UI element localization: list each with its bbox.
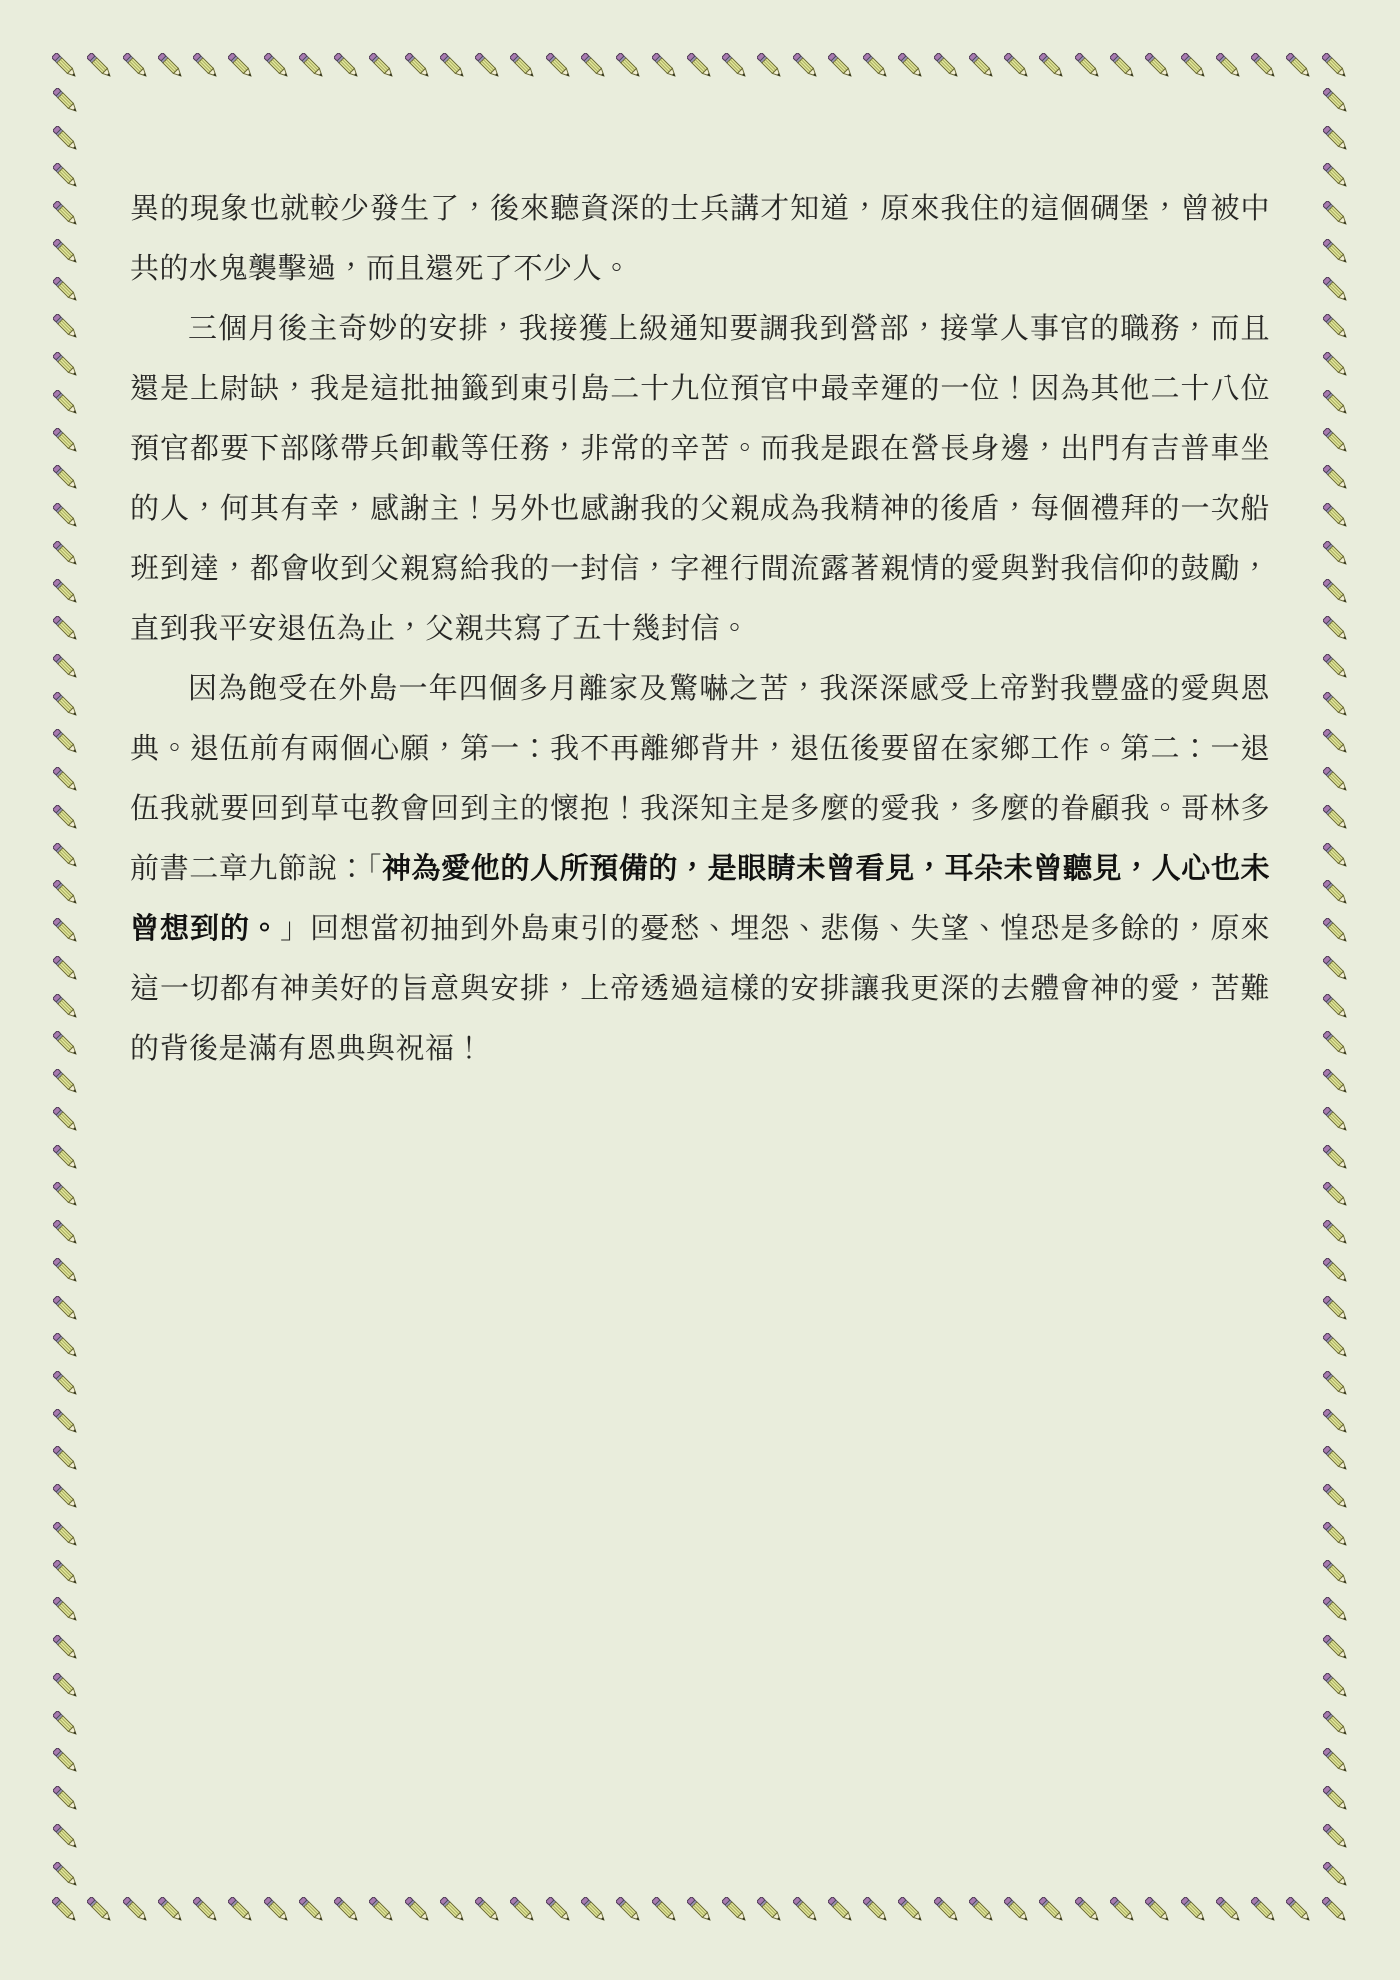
pencil-icon bbox=[53, 1069, 79, 1095]
pencil-icon bbox=[1323, 994, 1349, 1020]
pencil-icon bbox=[53, 1258, 79, 1284]
pencil-icon bbox=[53, 1862, 79, 1888]
pencil-icon bbox=[1323, 1069, 1349, 1095]
pencil-icon bbox=[475, 53, 501, 79]
pencil-icon bbox=[1323, 729, 1349, 755]
document-page: 異的現象也就較少發生了，後來聽資深的士兵講才知道，原來我住的這個碉堡，曾被中共的… bbox=[0, 0, 1400, 1980]
pencil-icon bbox=[53, 163, 79, 189]
pencil-icon bbox=[546, 53, 572, 79]
pencil-icon bbox=[1251, 53, 1277, 79]
pencil-icon bbox=[193, 1897, 219, 1923]
pencil-icon bbox=[53, 956, 79, 982]
pencil-icon bbox=[228, 53, 254, 79]
pencil-icon bbox=[53, 1522, 79, 1548]
paragraph: 因為飽受在外島一年四個多月離家及驚嚇之苦，我深深感受上帝對我豐盛的愛與恩典。退伍… bbox=[130, 658, 1270, 1078]
pencil-icon bbox=[1323, 1220, 1349, 1246]
pencil-icon bbox=[53, 1786, 79, 1812]
pencil-icon bbox=[53, 314, 79, 340]
pencil-icon bbox=[53, 352, 79, 378]
pencil-icon bbox=[1323, 616, 1349, 642]
pencil-icon bbox=[53, 126, 79, 152]
pencil-icon bbox=[87, 53, 113, 79]
pencil-icon bbox=[1323, 1786, 1349, 1812]
pencil-icon bbox=[1039, 1897, 1065, 1923]
pencil-icon bbox=[53, 1333, 79, 1359]
pencil-icon bbox=[969, 1897, 995, 1923]
pencil-icon bbox=[863, 1897, 889, 1923]
pencil-icon bbox=[299, 1897, 325, 1923]
pencil-icon bbox=[581, 53, 607, 79]
pencil-icon bbox=[1323, 1409, 1349, 1435]
document-body: 異的現象也就較少發生了，後來聽資深的士兵講才知道，原來我住的這個碉堡，曾被中共的… bbox=[130, 178, 1270, 1078]
pencil-icon bbox=[1251, 1897, 1277, 1923]
pencil-icon bbox=[1323, 1862, 1349, 1888]
pencil-icon bbox=[616, 1897, 642, 1923]
pencil-icon bbox=[1145, 53, 1171, 79]
pencil-icon bbox=[53, 1673, 79, 1699]
pencil-icon bbox=[53, 1031, 79, 1057]
pencil-icon bbox=[53, 1748, 79, 1774]
pencil-icon bbox=[510, 1897, 536, 1923]
pencil-icon bbox=[1323, 1522, 1349, 1548]
pencil-icon bbox=[898, 1897, 924, 1923]
pencil-icon bbox=[1323, 1446, 1349, 1472]
pencil-icon bbox=[793, 53, 819, 79]
pencil-icon bbox=[1323, 956, 1349, 982]
pencil-icon bbox=[1323, 201, 1349, 227]
pencil-icon bbox=[863, 53, 889, 79]
pencil-icon bbox=[87, 1897, 113, 1923]
pencil-icon bbox=[687, 53, 713, 79]
pencil-icon bbox=[1075, 1897, 1101, 1923]
pencil-icon bbox=[1323, 163, 1349, 189]
pencil-icon bbox=[1323, 390, 1349, 416]
pencil-icon bbox=[1323, 1371, 1349, 1397]
pencil-icon bbox=[1323, 352, 1349, 378]
pencil-icon bbox=[264, 1897, 290, 1923]
pencil-icon bbox=[53, 201, 79, 227]
pencil-icon bbox=[53, 994, 79, 1020]
pencil-icon bbox=[757, 1897, 783, 1923]
pencil-icon bbox=[53, 1446, 79, 1472]
pencil-icon bbox=[1323, 1258, 1349, 1284]
pencil-icon bbox=[1323, 579, 1349, 605]
pencil-icon bbox=[1323, 239, 1349, 265]
pencil-icon bbox=[546, 1897, 572, 1923]
pencil-icon bbox=[53, 503, 79, 529]
pencil-icon bbox=[53, 428, 79, 454]
pencil-icon bbox=[264, 53, 290, 79]
pencil-icon bbox=[1323, 654, 1349, 680]
pencil-icon bbox=[193, 53, 219, 79]
pencil-icon bbox=[969, 53, 995, 79]
pencil-icon bbox=[1323, 767, 1349, 793]
pencil-icon bbox=[510, 53, 536, 79]
pencil-icon bbox=[722, 53, 748, 79]
pencil-icon bbox=[934, 53, 960, 79]
pencil-icon bbox=[53, 277, 79, 303]
pencil-icon bbox=[828, 53, 854, 79]
pencil-icon bbox=[123, 53, 149, 79]
pencil-border-top bbox=[52, 52, 1348, 80]
pencil-icon bbox=[53, 541, 79, 567]
pencil-icon bbox=[1323, 1484, 1349, 1510]
pencil-icon bbox=[53, 616, 79, 642]
pencil-icon bbox=[53, 1371, 79, 1397]
pencil-icon bbox=[828, 1897, 854, 1923]
pencil-icon bbox=[1323, 692, 1349, 718]
pencil-icon bbox=[652, 1897, 678, 1923]
pencil-icon bbox=[158, 1897, 184, 1923]
pencil-icon bbox=[53, 1107, 79, 1133]
pencil-icon bbox=[53, 1560, 79, 1586]
pencil-icon bbox=[1216, 53, 1242, 79]
pencil-icon bbox=[53, 1145, 79, 1171]
pencil-icon bbox=[53, 1597, 79, 1623]
pencil-icon bbox=[405, 1897, 431, 1923]
pencil-icon bbox=[1323, 277, 1349, 303]
pencil-icon bbox=[53, 654, 79, 680]
pencil-icon bbox=[616, 53, 642, 79]
pencil-icon bbox=[1323, 1597, 1349, 1623]
pencil-icon bbox=[898, 53, 924, 79]
pencil-icon bbox=[1323, 805, 1349, 831]
pencil-icon bbox=[1323, 918, 1349, 944]
pencil-icon bbox=[475, 1897, 501, 1923]
pencil-icon bbox=[1181, 1897, 1207, 1923]
pencil-icon bbox=[1323, 1824, 1349, 1850]
pencil-icon bbox=[1323, 314, 1349, 340]
pencil-icon bbox=[53, 918, 79, 944]
pencil-icon bbox=[934, 1897, 960, 1923]
pencil-icon bbox=[1323, 541, 1349, 567]
pencil-icon bbox=[1323, 1711, 1349, 1737]
pencil-icon bbox=[53, 239, 79, 265]
pencil-icon bbox=[369, 53, 395, 79]
pencil-icon bbox=[1323, 1748, 1349, 1774]
pencil-icon bbox=[757, 53, 783, 79]
pencil-icon bbox=[53, 88, 79, 114]
pencil-icon bbox=[53, 692, 79, 718]
pencil-icon bbox=[1322, 53, 1348, 79]
pencil-icon bbox=[1323, 428, 1349, 454]
pencil-icon bbox=[123, 1897, 149, 1923]
pencil-icon bbox=[53, 1409, 79, 1435]
pencil-icon bbox=[1323, 1031, 1349, 1057]
pencil-icon bbox=[53, 880, 79, 906]
pencil-icon bbox=[405, 53, 431, 79]
pencil-icon bbox=[53, 843, 79, 869]
pencil-icon bbox=[687, 1897, 713, 1923]
pencil-icon bbox=[1110, 53, 1136, 79]
pencil-icon bbox=[1323, 1635, 1349, 1661]
pencil-icon bbox=[1323, 880, 1349, 906]
pencil-icon bbox=[53, 1635, 79, 1661]
pencil-icon bbox=[53, 1711, 79, 1737]
pencil-icon bbox=[1323, 88, 1349, 114]
pencil-icon bbox=[1004, 53, 1030, 79]
pencil-icon bbox=[1323, 1296, 1349, 1322]
pencil-border-right bbox=[1322, 88, 1350, 1888]
text-run: 異的現象也就較少發生了，後來聽資深的士兵講才知道，原來我住的這個碉堡，曾被中共的… bbox=[130, 191, 1270, 285]
pencil-icon bbox=[1323, 843, 1349, 869]
pencil-icon bbox=[440, 53, 466, 79]
pencil-icon bbox=[1075, 53, 1101, 79]
pencil-icon bbox=[1323, 503, 1349, 529]
pencil-icon bbox=[53, 579, 79, 605]
pencil-icon bbox=[1286, 53, 1312, 79]
pencil-icon bbox=[53, 805, 79, 831]
pencil-icon bbox=[581, 1897, 607, 1923]
paragraph: 三個月後主奇妙的安排，我接獲上級通知要調我到營部，接掌人事官的職務，而且還是上尉… bbox=[130, 298, 1270, 658]
pencil-icon bbox=[1004, 1897, 1030, 1923]
text-run: 三個月後主奇妙的安排，我接獲上級通知要調我到營部，接掌人事官的職務，而且還是上尉… bbox=[130, 311, 1270, 645]
pencil-border-left bbox=[52, 88, 80, 1888]
pencil-icon bbox=[52, 53, 78, 79]
pencil-icon bbox=[228, 1897, 254, 1923]
paragraph: 異的現象也就較少發生了，後來聽資深的士兵講才知道，原來我住的這個碉堡，曾被中共的… bbox=[130, 178, 1270, 298]
pencil-icon bbox=[1323, 1182, 1349, 1208]
pencil-icon bbox=[53, 1824, 79, 1850]
pencil-icon bbox=[1323, 126, 1349, 152]
pencil-icon bbox=[652, 53, 678, 79]
pencil-border-bottom bbox=[52, 1896, 1348, 1924]
pencil-icon bbox=[1323, 1560, 1349, 1586]
pencil-icon bbox=[158, 53, 184, 79]
pencil-icon bbox=[1145, 1897, 1171, 1923]
text-run: 」回想當初抽到外島東引的憂愁、埋怨、悲傷、失望、惶恐是多餘的，原來這一切都有神美… bbox=[130, 911, 1270, 1065]
pencil-icon bbox=[440, 1897, 466, 1923]
pencil-icon bbox=[1323, 465, 1349, 491]
pencil-icon bbox=[1323, 1145, 1349, 1171]
pencil-icon bbox=[1181, 53, 1207, 79]
pencil-icon bbox=[53, 1296, 79, 1322]
pencil-icon bbox=[1323, 1333, 1349, 1359]
pencil-icon bbox=[1323, 1673, 1349, 1699]
pencil-icon bbox=[299, 53, 325, 79]
pencil-icon bbox=[369, 1897, 395, 1923]
pencil-icon bbox=[53, 767, 79, 793]
pencil-icon bbox=[1110, 1897, 1136, 1923]
pencil-icon bbox=[1323, 1107, 1349, 1133]
pencil-icon bbox=[52, 1897, 78, 1923]
pencil-icon bbox=[53, 729, 79, 755]
pencil-icon bbox=[53, 465, 79, 491]
pencil-icon bbox=[1322, 1897, 1348, 1923]
pencil-icon bbox=[1216, 1897, 1242, 1923]
pencil-icon bbox=[53, 1182, 79, 1208]
pencil-icon bbox=[793, 1897, 819, 1923]
pencil-icon bbox=[53, 1484, 79, 1510]
pencil-icon bbox=[1286, 1897, 1312, 1923]
pencil-icon bbox=[334, 53, 360, 79]
pencil-icon bbox=[334, 1897, 360, 1923]
pencil-icon bbox=[1039, 53, 1065, 79]
pencil-icon bbox=[722, 1897, 748, 1923]
pencil-icon bbox=[53, 1220, 79, 1246]
pencil-icon bbox=[53, 390, 79, 416]
